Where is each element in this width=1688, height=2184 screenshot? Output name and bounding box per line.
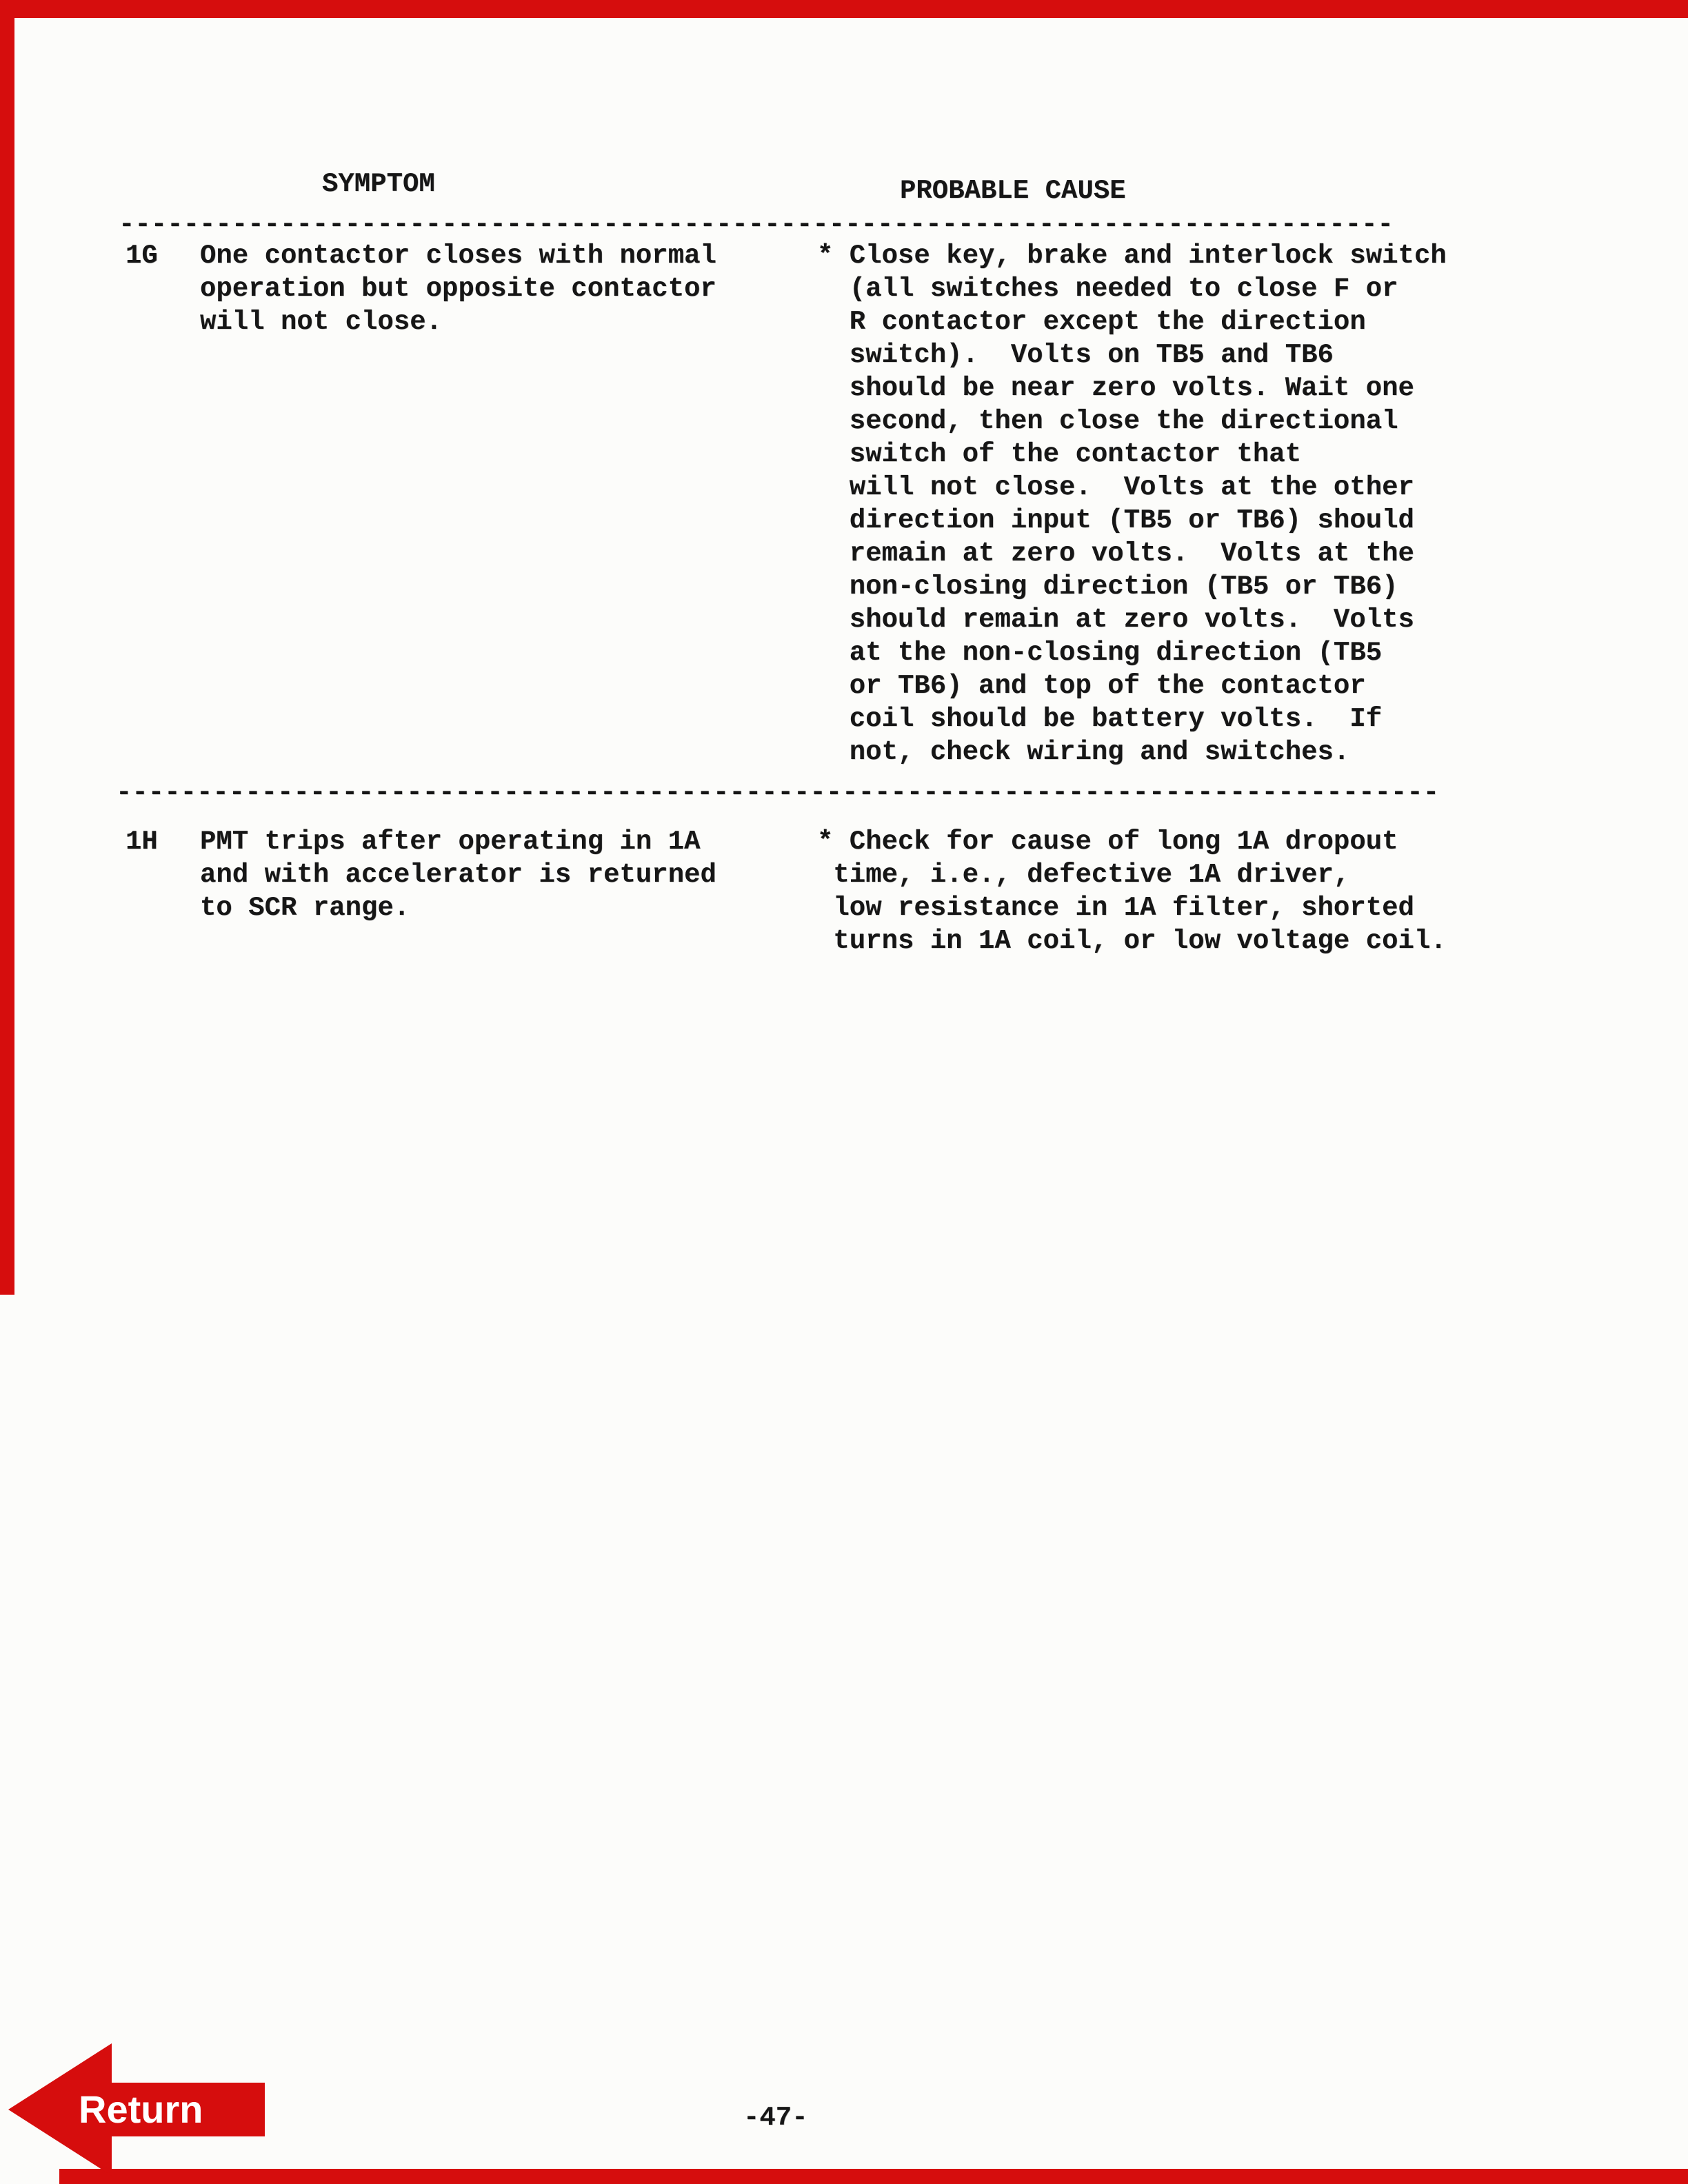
scanned-page: SYMPTOM PROBABLE CAUSE -----------------… (0, 0, 1688, 2184)
probable-cause-text-1g: * Close key, brake and interlock switch … (817, 239, 1447, 769)
probable-cause-text-1h: * Check for cause of long 1A dropout tim… (817, 825, 1447, 958)
row-id-1g: 1G (125, 239, 158, 272)
return-label: Return (79, 2087, 203, 2132)
symptom-text-1h: PMT trips after operating in 1A and with… (200, 825, 716, 924)
column-header-probable-cause: PROBABLE CAUSE (900, 174, 1126, 208)
dashed-separator-middle: ----------------------------------------… (116, 776, 1439, 809)
dashed-separator-top: ----------------------------------------… (119, 208, 1394, 241)
page-number: -47- (743, 2101, 808, 2134)
return-button[interactable]: Return (8, 2043, 265, 2176)
red-bottom-edge-bar (59, 2169, 1688, 2184)
red-top-edge-bar (0, 0, 1688, 18)
row-id-1h: 1H (125, 825, 158, 858)
symptom-text-1g: One contactor closes with normal operati… (200, 239, 716, 338)
red-left-edge-bar (0, 0, 14, 1295)
column-header-symptom: SYMPTOM (322, 168, 435, 201)
